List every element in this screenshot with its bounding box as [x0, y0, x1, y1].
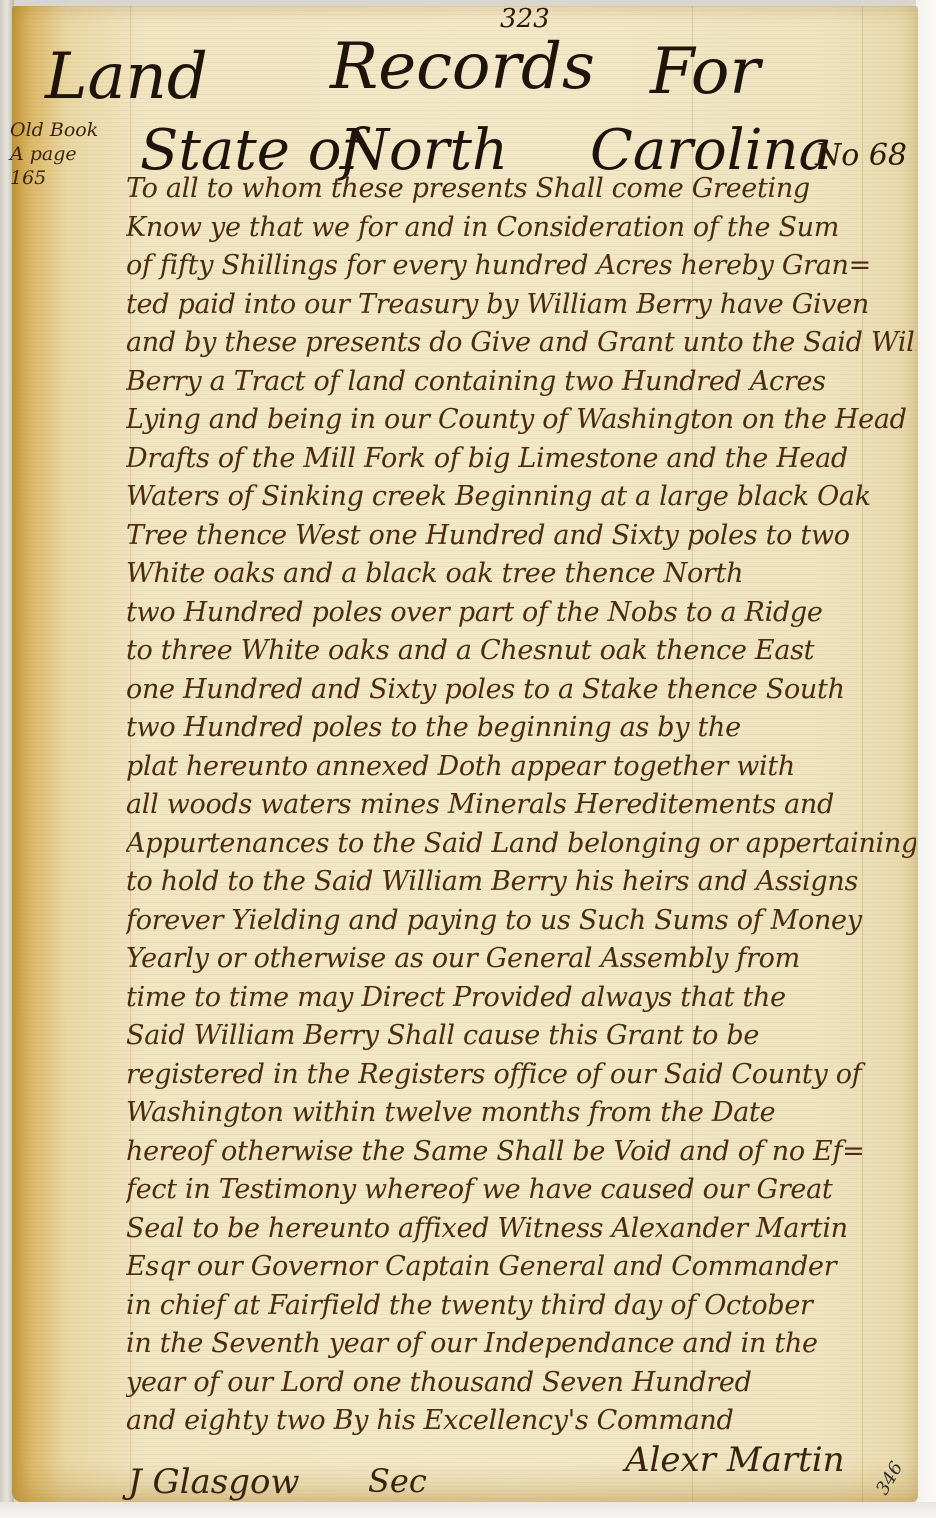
margin-note-line: Old Book: [10, 118, 120, 142]
text-line: all woods waters mines Minerals Heredite…: [126, 786, 916, 825]
text-line: ted paid into our Treasury by William Be…: [126, 286, 916, 325]
text-line: White oaks and a black oak tree thence N…: [126, 555, 916, 594]
grant-body-text: To all to whom these presents Shall come…: [126, 170, 916, 1441]
text-line: time to time may Direct Provided always …: [126, 979, 916, 1018]
text-line: Lying and being in our County of Washing…: [126, 401, 916, 440]
signature-secretary: J Glasgow: [128, 1462, 300, 1502]
text-line: Know ye that we for and in Consideration…: [126, 209, 916, 248]
title-word-records: Records: [330, 30, 595, 104]
text-line: Drafts of the Mill Fork of big Limestone…: [126, 440, 916, 479]
text-line: hereof otherwise the Same Shall be Void …: [126, 1133, 916, 1172]
text-line: Tree thence West one Hundred and Sixty p…: [126, 517, 916, 556]
text-line: two Hundred poles to the beginning as by…: [126, 709, 916, 748]
signature-secretary-title: Sec: [368, 1462, 427, 1500]
text-line: in chief at Fairfield the twenty third d…: [126, 1287, 916, 1326]
text-line: fect in Testimony whereof we have caused…: [126, 1171, 916, 1210]
text-line: Yearly or otherwise as our General Assem…: [126, 940, 916, 979]
title-word-land: Land: [45, 40, 208, 114]
text-line: to three White oaks and a Chesnut oak th…: [126, 632, 916, 671]
title-word-for: For: [650, 35, 760, 109]
margin-note: Old Book A page 165: [10, 118, 120, 190]
text-line: To all to whom these presents Shall come…: [126, 170, 916, 209]
text-line: year of our Lord one thousand Seven Hund…: [126, 1364, 916, 1403]
signature-governor: Alexr Martin: [625, 1440, 845, 1480]
text-line: and by these presents do Give and Grant …: [126, 324, 916, 363]
text-line: Washington within twelve months from the…: [126, 1094, 916, 1133]
text-line: Appurtenances to the Said Land belonging…: [126, 825, 916, 864]
text-line: in the Seventh year of our Independance …: [126, 1325, 916, 1364]
text-line: Esqr our Governor Captain General and Co…: [126, 1248, 916, 1287]
text-line: of fifty Shillings for every hundred Acr…: [126, 247, 916, 286]
page-bottom-edge: [0, 1502, 936, 1518]
text-line: Said William Berry Shall cause this Gran…: [126, 1017, 916, 1056]
text-line: one Hundred and Sixty poles to a Stake t…: [126, 671, 916, 710]
page-right-edge: [916, 0, 936, 1518]
grant-number: No 68: [815, 138, 907, 173]
margin-note-line: A page: [10, 142, 120, 166]
text-line: plat hereunto annexed Doth appear togeth…: [126, 748, 916, 787]
text-line: two Hundred poles over part of the Nobs …: [126, 594, 916, 633]
margin-note-line: 165: [10, 166, 120, 190]
text-line: Waters of Sinking creek Beginning at a l…: [126, 478, 916, 517]
text-line: Seal to be hereunto affixed Witness Alex…: [126, 1210, 916, 1249]
text-line: to hold to the Said William Berry his he…: [126, 863, 916, 902]
text-line: and eighty two By his Excellency's Comma…: [126, 1402, 916, 1441]
text-line: registered in the Registers office of ou…: [126, 1056, 916, 1095]
text-line: Berry a Tract of land containing two Hun…: [126, 363, 916, 402]
text-line: forever Yielding and paying to us Such S…: [126, 902, 916, 941]
